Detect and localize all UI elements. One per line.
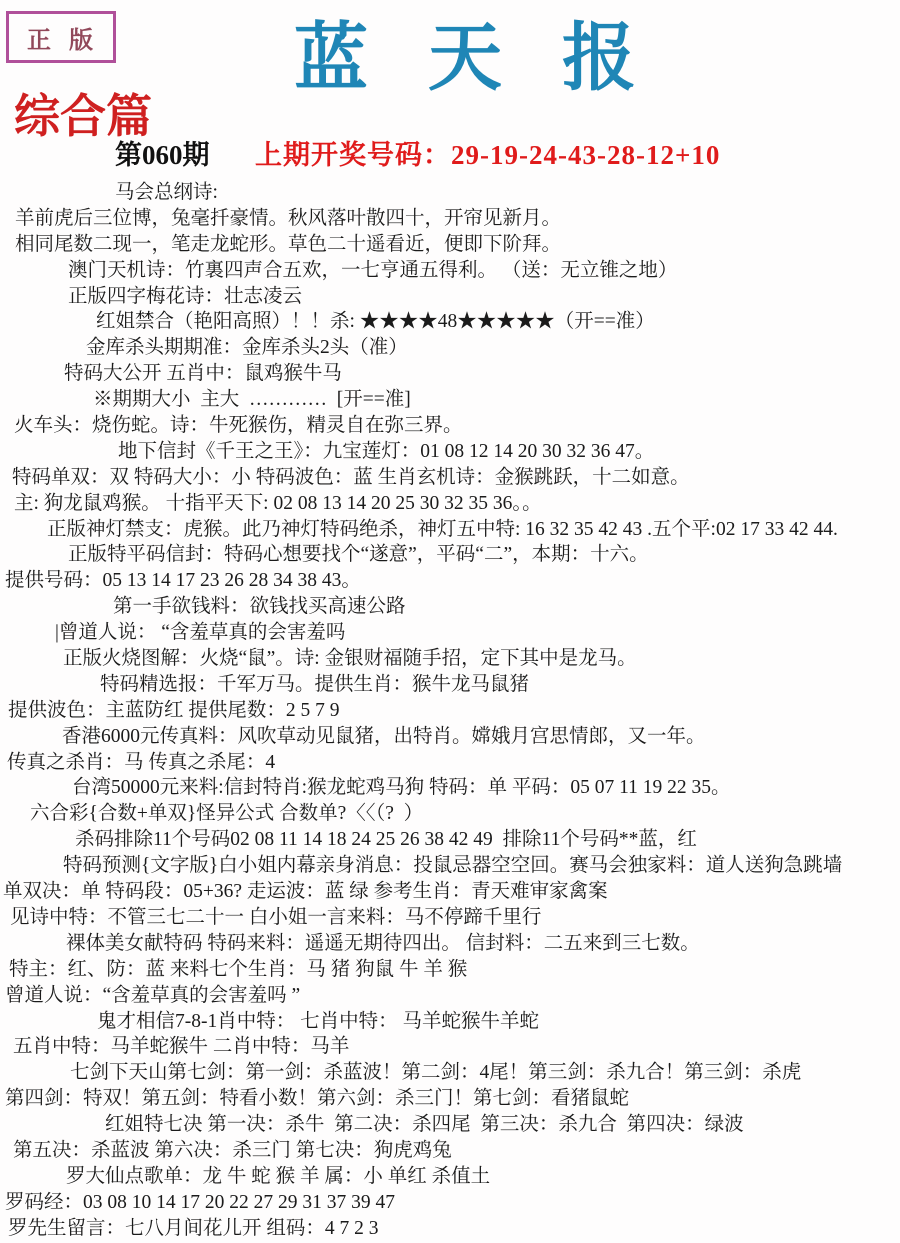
text-line: ※期期大小 主大 ………… [开==准] <box>0 387 900 413</box>
text-line: 曾道人说：“含羞草真的会害羞吗 ” <box>0 983 900 1009</box>
text-line: 杀码排除11个号码02 08 11 14 18 24 25 26 38 42 4… <box>0 827 900 853</box>
text-line: 马会总纲诗: <box>0 180 900 206</box>
text-line: 单双决：单 特码段：05+36? 走运波：蓝 绿 参考生肖：青天难审家禽案 <box>0 879 900 905</box>
text-line: 香港6000元传真料：风吹草动见鼠猪，出特肖。嫦娥月宫思情郎，又一年。 <box>0 724 900 750</box>
text-line: 正版四字梅花诗：壮志凌云 <box>0 284 900 310</box>
issue-number: 第060期 <box>115 138 210 172</box>
text-line: 正版火烧图解：火烧“鼠”。诗: 金银财福随手招，定下其中是龙马。 <box>0 646 900 672</box>
text-line: 羊前虎后三位博，兔毫扦豪情。秋风落叶散四十，开帘见新月。 <box>0 206 900 232</box>
text-line: 提供波色：主蓝防红 提供尾数：2 5 7 9 <box>0 698 900 724</box>
text-line: 特码精选报：千军万马。提供生肖：猴牛龙马鼠猪 <box>0 672 900 698</box>
text-line: 罗码经：03 08 10 14 17 20 22 27 29 31 37 39 … <box>0 1190 900 1216</box>
text-line: 罗先生留言：七八月间花儿开 组码：4 7 2 3 <box>0 1216 900 1242</box>
text-line: 见诗中特：不管三七二十一 白小姐一言来料：马不停蹄千里行 <box>0 905 900 931</box>
text-line: 地下信封《千王之王》：九宝莲灯：01 08 12 14 20 30 32 36 … <box>0 439 900 465</box>
text-line: 红姐禁合（艳阳高照）！！杀: ★★★★48★★★★★（开==准） <box>0 309 900 335</box>
document-body: 马会总纲诗:羊前虎后三位博，兔毫扦豪情。秋风落叶散四十，开帘见新月。相同尾数二现… <box>0 180 900 1242</box>
text-line: 火车头：烧伤蛇。诗：牛死猴伤，精灵自在弥三界。 <box>0 413 900 439</box>
text-line: 特码大公开 五肖中：鼠鸡猴牛马 <box>0 361 900 387</box>
text-line: 五肖中特：马羊蛇猴牛 二肖中特：马羊 <box>0 1034 900 1060</box>
text-line: 第一手欲钱料：欲钱找买高速公路 <box>0 594 900 620</box>
text-line: 相同尾数二现一，笔走龙蛇形。草色二十遥看近，便即下阶拜。 <box>0 232 900 258</box>
text-line: 金库杀头期期准：金库杀头2头（准） <box>0 335 900 361</box>
text-line: 主: 狗龙鼠鸡猴。 十指平天下: 02 08 13 14 20 25 30 32… <box>0 491 900 517</box>
text-line: 裸体美女献特码 特码来料：遥遥无期待四出。 信封料：二五来到三七数。 <box>0 931 900 957</box>
text-line: 第四剑：特双！第五剑：特看小数！第六剑：杀三门！第七剑：看猪鼠蛇 <box>0 1086 900 1112</box>
text-line: 第五决：杀蓝波 第六决：杀三门 第七决：狗虎鸡兔 <box>0 1138 900 1164</box>
text-line: 七剑下天山第七剑：第一剑：杀蓝波！第二剑：4尾！第三剑：杀九合！第三剑：杀虎 <box>0 1060 900 1086</box>
text-line: 罗大仙点歌单：龙 牛 蛇 猴 羊 属：小 单红 杀值土 <box>0 1164 900 1190</box>
text-line: 正版特平码信封：特码心想要找个“遂意”，平码“二”，本期：十六。 <box>0 542 900 568</box>
text-line: 特主：红、防：蓝 来料七个生肖：马 猪 狗鼠 牛 羊 猴 <box>0 957 900 983</box>
text-line: 传真之杀肖：马 传真之杀尾：4 <box>0 750 900 776</box>
text-line: 红姐特七决 第一决：杀牛 第二决：杀四尾 第三决：杀九合 第四决：绿波 <box>0 1112 900 1138</box>
text-line: 鬼才相信7-8-1肖中特： 七肖中特： 马羊蛇猴牛羊蛇 <box>0 1009 900 1035</box>
page-title: 蓝天报 <box>294 4 696 114</box>
text-line: 提供号码：05 13 14 17 23 26 28 34 38 43。 <box>0 568 900 594</box>
section-title: 综合篇 <box>14 92 152 142</box>
last-draw-numbers: 上期开奖号码：29-19-24-43-28-12+10 <box>255 138 720 172</box>
text-line: 澳门天机诗：竹裏四声合五欢，一七亨通五得利。 （送：无立锥之地） <box>0 258 900 284</box>
text-line: 六合彩{合数+单双}怪异公式 合数单?〈〈（? ） <box>0 801 900 827</box>
text-line: |曾道人说： “含羞草真的会害羞吗 <box>0 620 900 646</box>
text-line: 正版神灯禁支：虎猴。此乃神灯特码绝杀，神灯五中特: 16 32 35 42 43… <box>0 517 900 543</box>
text-line: 台湾50000元来料:信封特肖:猴龙蛇鸡马狗 特码：单 平码：05 07 11 … <box>0 775 900 801</box>
text-line: 特码单双：双 特码大小：小 特码波色：蓝 生肖玄机诗：金猴跳跃，十二如意。 <box>0 465 900 491</box>
text-line: 特码预测{文字版}白小姐内幕亲身消息：投鼠忌器空空回。赛马会独家料：道人送狗急跳… <box>0 853 900 879</box>
issue-row: 第060期 上期开奖号码：29-19-24-43-28-12+10 <box>0 138 900 172</box>
